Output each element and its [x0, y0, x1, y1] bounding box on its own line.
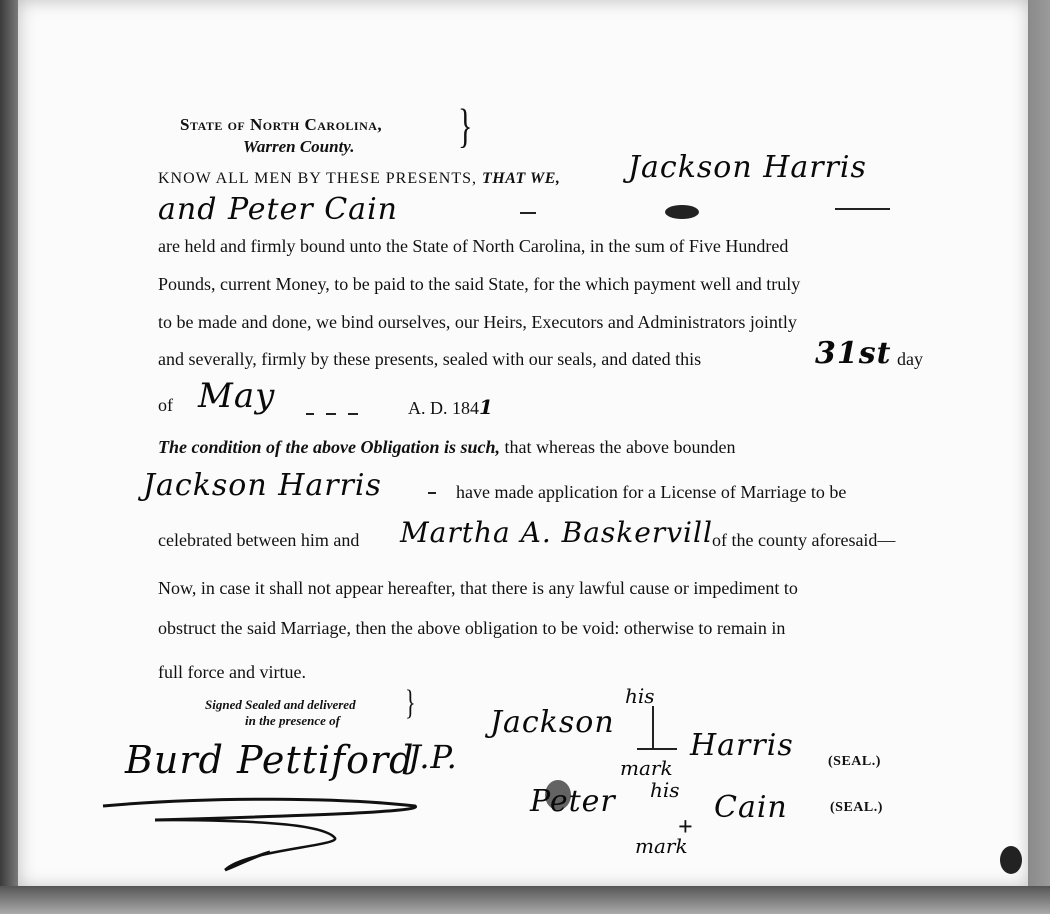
- signatory-2-last: Cain: [714, 790, 788, 825]
- body-line-1: are held and firmly bound unto the State…: [158, 236, 788, 257]
- signatory-1-first: Jackson: [490, 705, 615, 740]
- day-label: day: [897, 349, 923, 370]
- witness-label-2: in the presence of: [245, 713, 340, 729]
- ink-spot: [1000, 846, 1022, 874]
- condition-line: The condition of the above Obligation is…: [158, 437, 735, 458]
- handwritten-month: May: [198, 376, 275, 416]
- fill-dash: [428, 492, 436, 494]
- condition-rest: that whereas the above bounden: [505, 437, 736, 457]
- county-heading: Warren County.: [243, 137, 354, 157]
- full-force-line: full force and virtue.: [158, 662, 306, 683]
- fill-dashes: [300, 405, 364, 423]
- handwritten-bride: Martha A. Baskervill: [400, 516, 713, 549]
- witness-jp: J.P.: [408, 738, 458, 776]
- seal-1: (SEAL.): [828, 754, 881, 770]
- ink-blot: [665, 205, 699, 219]
- witness-signature: Burd Pettiford: [125, 738, 414, 782]
- condition-italic: The condition of the above Obligation is…: [158, 437, 500, 457]
- obstruct-line: obstruct the said Marriage, then the abo…: [158, 618, 785, 639]
- scan-edge-left: [0, 0, 18, 914]
- that-we: THAT WE,: [482, 170, 560, 187]
- witness-label-1: Signed Sealed and delivered: [205, 697, 356, 713]
- handwritten-obligor-2: and Peter Cain: [158, 192, 398, 227]
- state-heading: State of North Carolina,: [180, 115, 382, 135]
- mark-cross-horizontal: [637, 748, 677, 750]
- header-brace: }: [458, 100, 472, 154]
- signatory-2-first: Peter: [530, 784, 616, 819]
- year-label: A. D. 1841: [408, 395, 493, 419]
- mark-cross-vertical: [652, 706, 654, 750]
- witness-brace: }: [405, 682, 416, 724]
- know-all-men: KNOW ALL MEN BY THESE PRESENTS,: [158, 170, 477, 187]
- signatory-2-his: his: [650, 778, 680, 802]
- signatory-1-last: Harris: [690, 728, 794, 763]
- fill-dash: [835, 208, 890, 210]
- signature-flourish: [95, 790, 435, 890]
- scan-edge-bottom: [0, 886, 1050, 914]
- signatory-1-mark: mark: [620, 756, 673, 780]
- know-all-men-text: KNOW ALL MEN BY THESE PRESENTS, THAT WE,: [158, 170, 560, 188]
- year-printed: A. D. 184: [408, 398, 479, 418]
- county-text: of the county aforesaid—: [712, 530, 895, 551]
- body-line-2: Pounds, current Money, to be paid to the…: [158, 274, 800, 295]
- scan-edge-right: [1028, 0, 1050, 914]
- handwritten-applicant: Jackson Harris: [143, 468, 382, 503]
- fill-dash: [520, 212, 536, 214]
- signatory-2-mark: mark: [635, 834, 688, 858]
- application-text: have made application for a License of M…: [456, 482, 846, 503]
- handwritten-day: 31st: [815, 336, 892, 371]
- body-line-4: and severally, firmly by these presents,…: [158, 349, 701, 370]
- body-line-3: to be made and done, we bind ourselves, …: [158, 312, 797, 333]
- handwritten-obligor-1: Jackson Harris: [628, 150, 867, 185]
- of-label: of: [158, 395, 173, 416]
- impediment-line: Now, in case it shall not appear hereaft…: [158, 578, 798, 599]
- seal-2: (SEAL.): [830, 800, 883, 816]
- year-handwritten-digit: 1: [479, 395, 493, 419]
- signatory-1-his: his: [625, 684, 655, 708]
- celebrated-text: celebrated between him and: [158, 530, 359, 551]
